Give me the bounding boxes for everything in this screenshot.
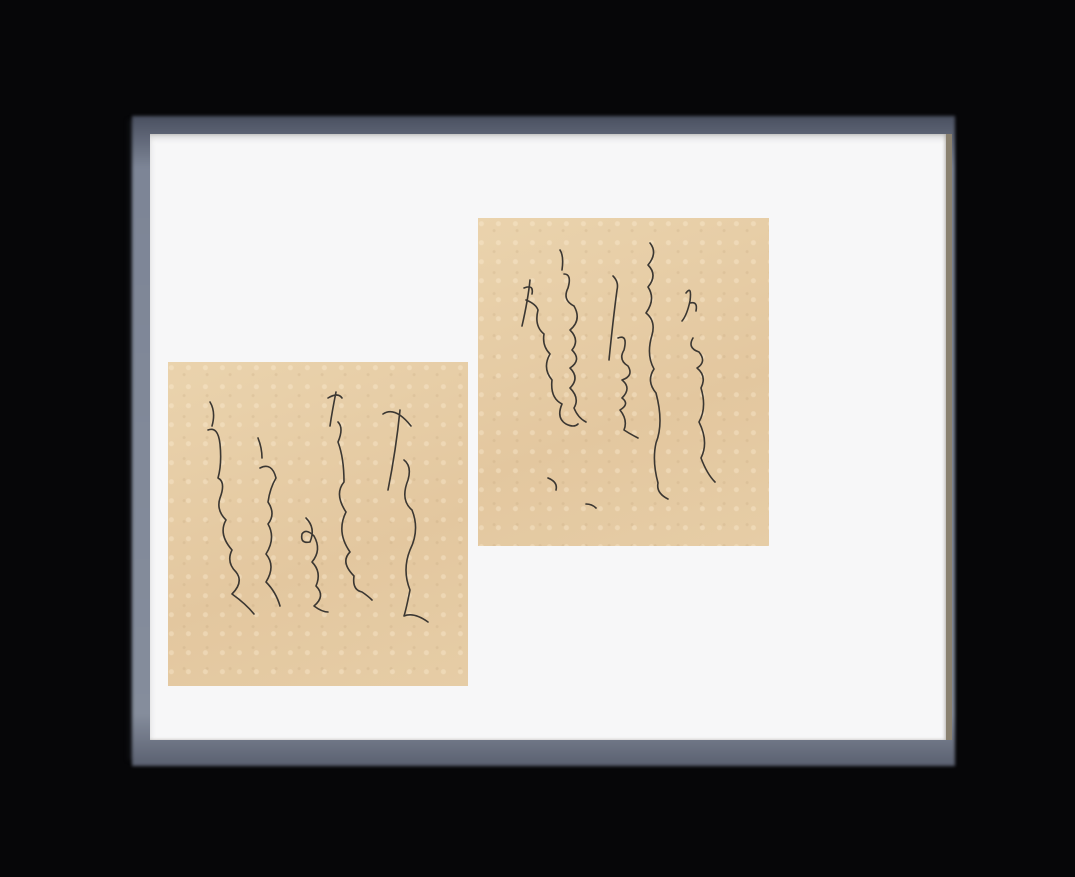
calligraphy-sheet-right: Calligraphy sheet (upper right)	[478, 218, 769, 546]
calligraphy-sheet-left: Calligraphy sheet (lower left)	[168, 362, 468, 686]
calligraphy-ink-left	[168, 362, 468, 686]
mat-edge	[946, 134, 952, 740]
picture-frame: Calligraphy sheet (upper right) Calligra…	[0, 0, 1075, 877]
calligraphy-ink-right	[478, 218, 769, 546]
